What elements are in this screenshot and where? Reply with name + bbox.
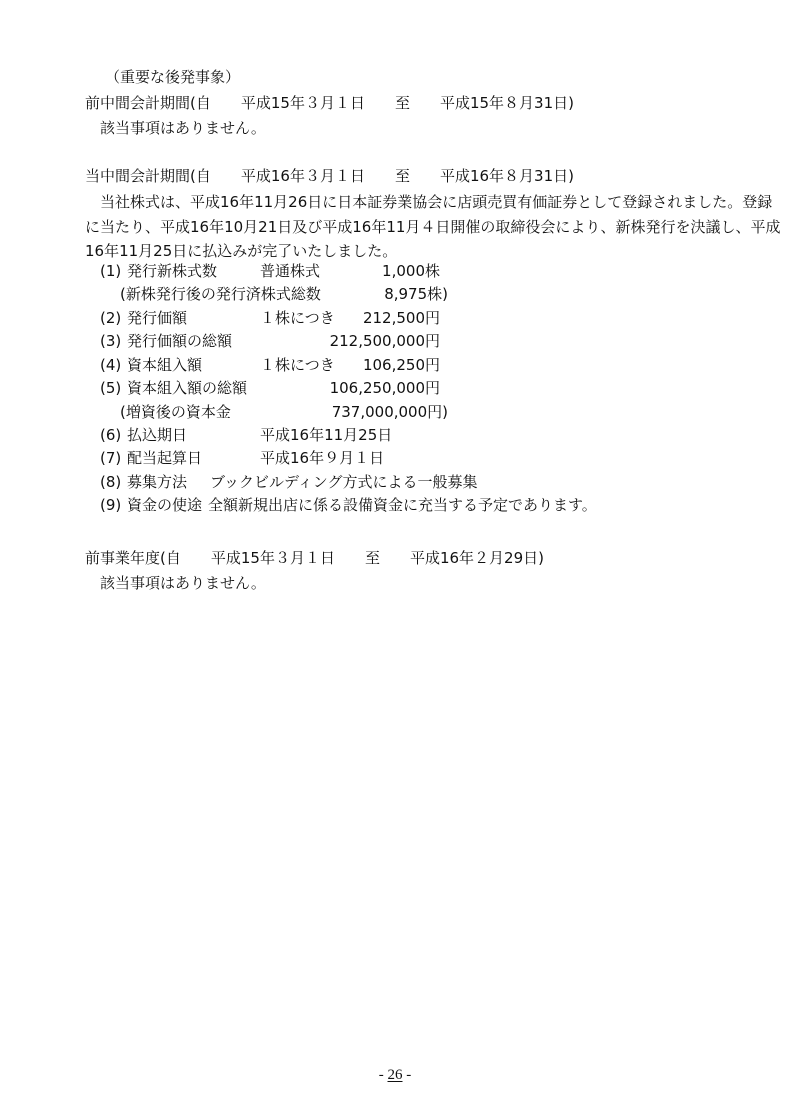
- item-value: 212,500,000円: [85, 333, 440, 349]
- item-value: 212,500円: [85, 310, 440, 326]
- list-row: (1) 発行新株式数 普通株式 1,000株: [0, 263, 790, 279]
- item-label: 配当起算日: [127, 450, 202, 466]
- list-row: (2) 発行価額 １株につき 212,500円: [0, 310, 790, 326]
- item-value: 全額新規出店に係る設備資金に充当する予定であります。: [208, 497, 597, 513]
- paragraph-line: 当社株式は、平成16年11月26日に日本証券業協会に店頭売買有価証券として登録さ…: [85, 194, 772, 210]
- item-label: 資金の使途: [127, 497, 202, 513]
- page-number-suffix: -: [403, 1067, 412, 1083]
- prior-interim-period-title: 前中間会計期間(自 平成15年３月１日 至 平成15年８月31日): [85, 95, 574, 111]
- item-value: 106,250,000円: [85, 380, 440, 396]
- section-heading: （重要な後発事象）: [105, 69, 240, 85]
- prior-interim-period-note: 該当事項はありません。: [100, 120, 266, 136]
- current-interim-period-title: 当中間会計期間(自 平成16年３月１日 至 平成16年８月31日): [85, 168, 574, 184]
- paragraph-line: に当たり、平成16年10月21日及び平成16年11月４日開催の取締役会により、新…: [85, 219, 780, 235]
- item-number: (6): [100, 427, 121, 443]
- list-row: (6) 払込期日 平成16年11月25日: [0, 427, 790, 443]
- page-number: 26: [388, 1067, 403, 1083]
- item-value: 106,250円: [85, 357, 440, 373]
- item-number: (9): [100, 497, 121, 513]
- item-value: 平成16年９月１日: [260, 450, 384, 466]
- prior-fiscal-year-note: 該当事項はありません。: [100, 575, 266, 591]
- item-value: 1,000株: [85, 263, 440, 279]
- item-value: 平成16年11月25日: [260, 427, 392, 443]
- page-number-prefix: -: [379, 1067, 388, 1083]
- item-number: (8): [100, 474, 121, 490]
- prior-fiscal-year-title: 前事業年度(自 平成15年３月１日 至 平成16年２月29日): [85, 550, 544, 566]
- item-number: (7): [100, 450, 121, 466]
- item-label: 払込期日: [127, 427, 187, 443]
- list-row: (4) 資本組入額 １株につき 106,250円: [0, 357, 790, 373]
- list-row: (新株発行後の発行済株式総数 8,975株): [0, 286, 790, 302]
- list-row: (9) 資金の使途 全額新規出店に係る設備資金に充当する予定であります。: [0, 497, 790, 513]
- item-value: 737,000,000円): [85, 404, 448, 420]
- list-row: (5) 資本組入額の総額 106,250,000円: [0, 380, 790, 396]
- list-row: (3) 発行価額の総額 212,500,000円: [0, 333, 790, 349]
- item-value: 8,975株): [85, 286, 448, 302]
- item-label: 募集方法: [127, 474, 187, 490]
- document-page: （重要な後発事象） 前中間会計期間(自 平成15年３月１日 至 平成15年８月3…: [0, 0, 790, 1118]
- paragraph-line: 16年11月25日に払込みが完了いたしました。: [85, 243, 397, 259]
- page-footer: - 26 -: [0, 1067, 790, 1083]
- item-value: ブックビルディング方式による一般募集: [210, 474, 477, 490]
- list-row: (増資後の資本金 737,000,000円): [0, 404, 790, 420]
- list-row: (7) 配当起算日 平成16年９月１日: [0, 450, 790, 466]
- list-row: (8) 募集方法 ブックビルディング方式による一般募集: [0, 474, 790, 490]
